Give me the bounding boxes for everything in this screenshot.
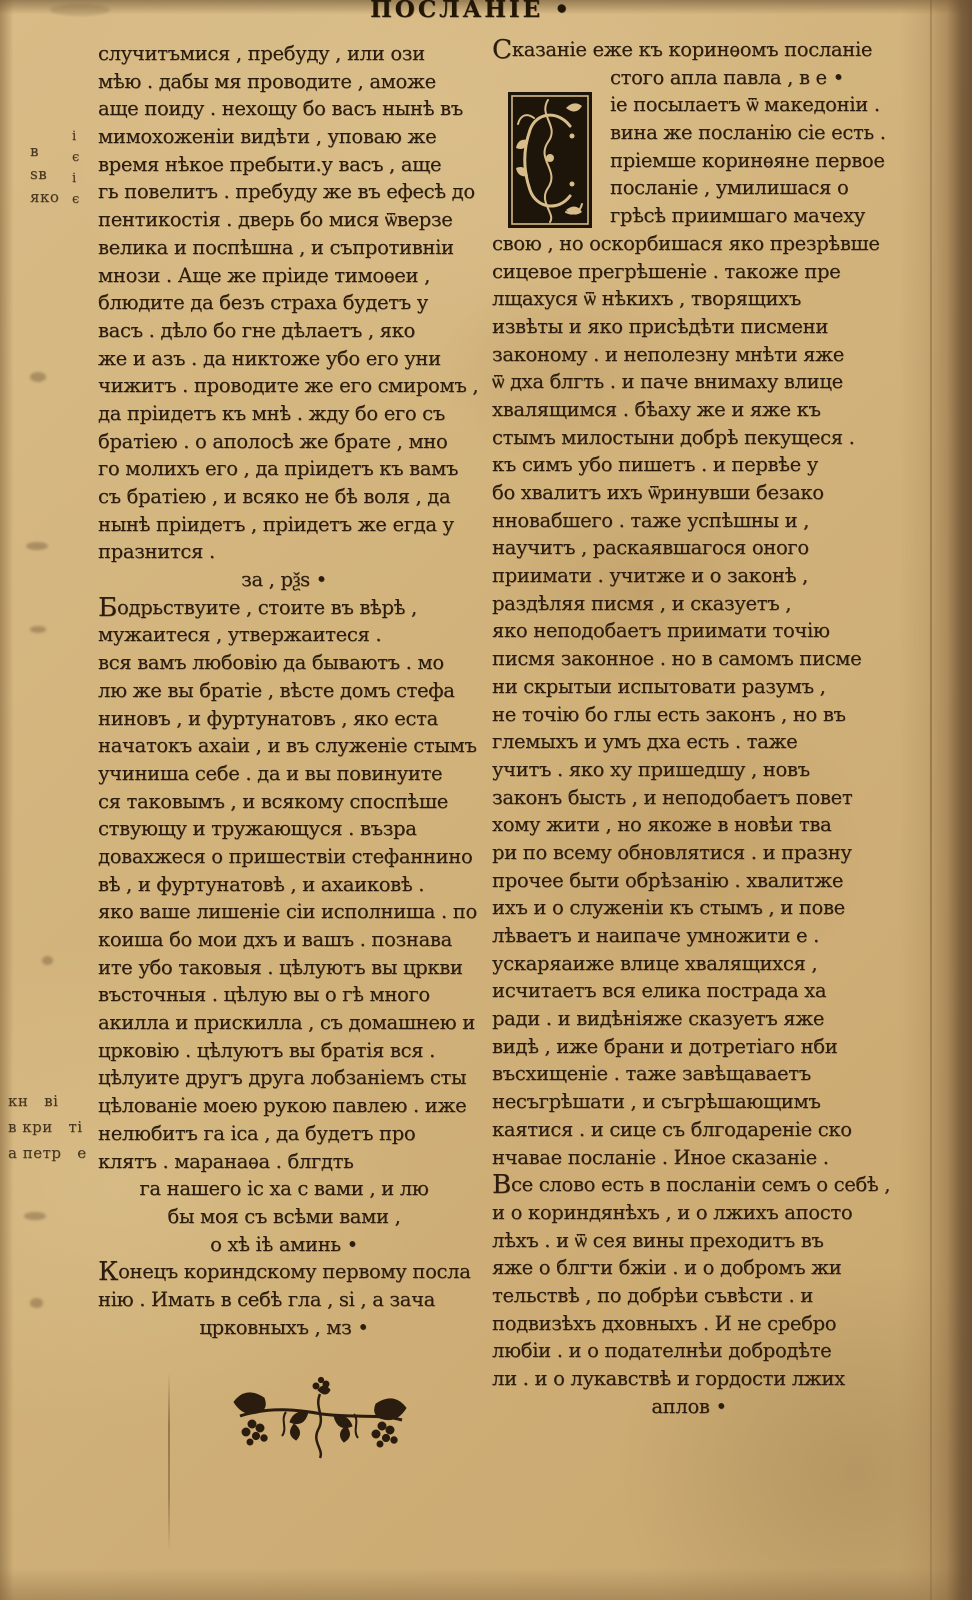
text-line: стымъ милостыни добрѣ пекущеся . xyxy=(492,424,886,452)
text-line: довахжеся о пришествіи стефаннино xyxy=(98,843,470,871)
ink-smudge xyxy=(30,1298,43,1308)
text-line: писмя законное . но в самомъ писме xyxy=(492,645,886,673)
text-line: ствующу и тружающуся . възра xyxy=(98,815,470,843)
text-line: ся таковымъ , и всякому споспѣше xyxy=(98,788,470,816)
initial-letter: С xyxy=(492,35,512,65)
text-line: пентикостія . дверь бо мися ѿверзе xyxy=(98,206,470,234)
text-line: законъ бысть , и неподобаетъ повет xyxy=(492,784,886,812)
text-line: васъ . дѣло бо гне дѣлаетъ , яко xyxy=(98,317,470,345)
text-line: цѣлуите другъ друга лобзаніемъ сты xyxy=(98,1064,470,1092)
text-line: ради . и видѣніяже сказуетъ яже xyxy=(492,1005,886,1033)
ink-smudge xyxy=(42,956,53,965)
text-line: нынѣ пріидетъ , пріидетъ же егда у xyxy=(98,511,470,539)
text-line: вѣ , и фуртунатовѣ , и ахаиковѣ . xyxy=(98,871,470,899)
text-line: да пріидетъ къ мнѣ . жду бо его съ xyxy=(98,400,470,428)
text-line: любіи . и о подателнѣи добродѣте xyxy=(492,1337,886,1365)
text-line: нію . Имать в себѣ гла , ѕі , а зача xyxy=(98,1286,470,1314)
text-line: го молихъ его , да пріидетъ къ вамъ xyxy=(98,455,470,483)
text-line: а петр е xyxy=(8,1140,87,1166)
text-line: и о кориндянѣхъ , и о лжихъ апосто xyxy=(492,1199,886,1227)
text-line: бы моя съ всѣми вами , xyxy=(98,1203,470,1231)
text-line: га нашего іс ха с вами , и лю xyxy=(98,1175,470,1203)
text-line: вся вамъ любовію да бываютъ . мо xyxy=(98,649,470,677)
text-line: клятъ . маранаѳа . блгдть xyxy=(98,1148,470,1176)
grape-vine-tailpiece-icon xyxy=(230,1368,410,1468)
text-line: въсточныя . цѣлую вы о гѣ много xyxy=(98,981,470,1009)
text-line: лщахуся ѿ нѣкихъ , творящихъ xyxy=(492,285,886,313)
text-line: хому жити , но якоже в новѣи тва xyxy=(492,811,886,839)
text-line: тельствѣ , по добрѣи съвѣсти . и xyxy=(492,1282,886,1310)
text-line: мужаитеся , утвержаитеся . xyxy=(98,621,470,649)
text-line: видѣ , иже брани и дотретіаго нби xyxy=(492,1033,886,1061)
text-line: аще поиду . нехощу бо васъ нынѣ въ xyxy=(98,95,470,123)
text-line: акилла и прискилла , съ домашнею и xyxy=(98,1009,470,1037)
right-text-column: Сказаніе еже къ коринѳомъ посланіестого … xyxy=(492,36,886,1420)
text-line: къ симъ убо пишетъ . и первѣе у xyxy=(492,451,886,479)
text-line: ли . и о лукавствѣ и гордости лжих xyxy=(492,1365,886,1393)
page-crease xyxy=(168,1372,170,1552)
text-line: мнози . Аще же пріиде тимоѳеи , xyxy=(98,262,470,290)
initial-letter: К xyxy=(98,1257,118,1287)
margin-gloss-top: вѕвяко xyxy=(30,140,59,209)
text-line: хвалящимся . бѣаху же и яже къ xyxy=(492,396,886,424)
text-line: начатокъ ахаіи , и въ служеніе стымъ xyxy=(98,732,470,760)
text-line: црковныхъ , мз • xyxy=(98,1314,470,1342)
margin-reference-note: кн вів кри тіа петр е xyxy=(8,1088,87,1166)
text-line: црковію . цѣлуютъ вы братія вся . xyxy=(98,1037,470,1065)
text-line: подвизѣхъ дховныхъ . И не сребро xyxy=(492,1310,886,1338)
text-line: коиша бо мои дхъ и вашъ . познава xyxy=(98,926,470,954)
text-line: о хѣ іѣ аминь • xyxy=(98,1231,470,1259)
ink-smudge xyxy=(26,542,48,550)
text-line: въсхищеніе . таже завѣщаваетъ xyxy=(492,1060,886,1088)
text-line: сицевое прегрѣшеніе . такоже пре xyxy=(492,258,886,286)
text-line: ихъ и о служеніи къ стымъ , и пове xyxy=(492,894,886,922)
text-line: яко неподобаетъ приимати точію xyxy=(492,617,886,645)
text-line: блюдите да безъ страха будетъ у xyxy=(98,289,470,317)
text-line: і xyxy=(72,126,80,147)
text-line: извѣты и яко присѣдѣти писмени xyxy=(492,313,886,341)
text-line: лѣваетъ и наипаче умножити е . xyxy=(492,922,886,950)
text-line: время нѣкое пребыти.у васъ , аще xyxy=(98,151,470,179)
text-line: гь повелитъ . пребуду же въ ефесѣ до xyxy=(98,178,470,206)
ink-smudge xyxy=(50,4,110,16)
text-line: приимати . учитже и о законѣ , xyxy=(492,562,886,590)
text-line: законому . и неполезну мнѣти яже xyxy=(492,341,886,369)
text-line: ѿ дха блгть . и паче внимаху влице xyxy=(492,368,886,396)
text-line: несъгрѣшати , и съгрѣшающимъ xyxy=(492,1088,886,1116)
text-line: аплов • xyxy=(492,1393,886,1421)
text-line: стого апла павла , в е • xyxy=(492,64,886,92)
text-line: нчавае посланіе . Иное сказаніе . xyxy=(492,1144,886,1172)
running-header: ПОСЛАНІЕ • xyxy=(0,0,942,23)
text-line: глемыхъ и умъ дха есть . таже xyxy=(492,728,886,756)
text-line: ниновъ , и фуртунатовъ , яко еста xyxy=(98,705,470,733)
initial-letter: В xyxy=(492,1170,511,1200)
text-line: нновабшего . таже успѣшны и , xyxy=(492,507,886,535)
text-line: случитъмися , пребуду , или ози xyxy=(98,40,470,68)
text-line: ите убо таковыя . цѣлуютъ вы цркви xyxy=(98,954,470,982)
text-line: велика и поспѣшна , и съпротивніи xyxy=(98,234,470,262)
text-line: научитъ , раскаявшагося оного xyxy=(492,534,886,562)
text-line: цѣлованіе моею рукою павлею . иже xyxy=(98,1092,470,1120)
text-line: і xyxy=(72,168,80,189)
text-line: лѣхъ . и ѿ сея вины преходитъ въ xyxy=(492,1227,886,1255)
ink-smudge xyxy=(30,626,46,633)
text-line: же и азъ . да никтоже убо его уни xyxy=(98,345,470,373)
text-line: раздѣляя писмя , и сказуетъ , xyxy=(492,590,886,618)
text-line: в xyxy=(30,140,59,163)
text-line: яко ваше лишеніе сіи исполниша . по xyxy=(98,898,470,926)
text-line: є xyxy=(72,147,80,168)
margin-tick-column: ієіє xyxy=(72,126,80,210)
text-line: ри по всему обновлятися . и празну xyxy=(492,839,886,867)
text-line: Сказаніе еже къ коринѳомъ посланіе xyxy=(492,36,886,64)
text-line: є xyxy=(72,189,80,210)
text-line: ѕв xyxy=(30,163,59,186)
text-line: учитъ . яко ху пришедшу , новъ xyxy=(492,756,886,784)
text-line: нелюбитъ га іса , да будетъ про xyxy=(98,1120,470,1148)
text-line: ускаряаиже влице хвалящихся , xyxy=(492,950,886,978)
foliated-initial-icon xyxy=(508,92,592,228)
ink-smudge xyxy=(24,1212,46,1220)
text-line: в кри ті xyxy=(8,1114,87,1140)
text-line: мимохоженіи видѣти , уповаю же xyxy=(98,123,470,151)
text-line: лю же вы братіе , вѣсте домъ стефа xyxy=(98,677,470,705)
text-line: празнится . xyxy=(98,538,470,566)
book-page: ПОСЛАНІЕ • случитъмися , пребуду , или о… xyxy=(0,0,972,1600)
text-line: братіею . о аполосѣ же брате , мно xyxy=(98,428,470,456)
text-line: ни скрытыи испытовати разумъ , xyxy=(492,673,886,701)
text-line: бо хвалитъ ихъ ѿринувши безако xyxy=(492,479,886,507)
text-line: каятися . и сице съ блгодареніе ско xyxy=(492,1116,886,1144)
text-line: мѣю . дабы мя проводите , аможе xyxy=(98,68,470,96)
text-line: Конецъ кориндскому первому посла xyxy=(98,1258,470,1286)
text-line: яко xyxy=(30,186,59,209)
text-line: яже о блгти бжіи . и о добромъ жи xyxy=(492,1254,886,1282)
text-line: съ братіею , и всяко не бѣ воля , да xyxy=(98,483,470,511)
page-edge-shadow xyxy=(930,0,932,1600)
text-line: исчитаетъ вся елика пострада ха xyxy=(492,977,886,1005)
text-line: учиниша себе . да и вы повинуите xyxy=(98,760,470,788)
left-text-column: случитъмися , пребуду , или озимѣю . даб… xyxy=(98,40,470,1341)
text-line: чижитъ . проводите же его смиромъ , xyxy=(98,372,470,400)
text-line: за , рѯѕ • xyxy=(98,566,470,594)
text-line: не точію бо глы есть законъ , но въ xyxy=(492,701,886,729)
ink-smudge xyxy=(30,372,46,382)
text-line: Бодрьствуите , стоите въ вѣрѣ , xyxy=(98,594,470,622)
initial-letter: Б xyxy=(98,593,117,623)
text-line: свою , но оскорбишася яко презрѣвше xyxy=(492,230,886,258)
text-line: Все слово есть в посланіи семъ о себѣ , xyxy=(492,1171,886,1199)
text-line: прочее быти обрѣзанію . хвалитже xyxy=(492,867,886,895)
text-line: кн ві xyxy=(8,1088,87,1114)
